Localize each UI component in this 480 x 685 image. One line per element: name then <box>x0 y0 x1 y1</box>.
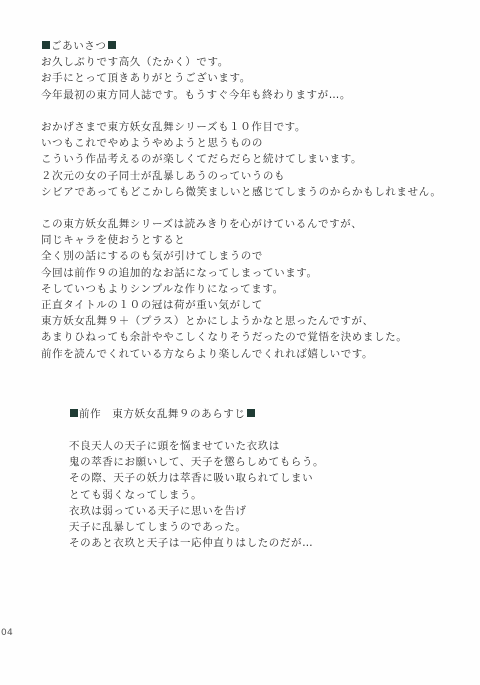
text-line: 衣玖は弱っている天子に思いを告げ <box>69 503 324 519</box>
text-line: 不良天人の天子に頭を悩ませていた衣玖は <box>69 438 324 454</box>
text-line: こういう作品考えるのが楽しくてだらだらと続けてしまいます。 <box>41 151 441 167</box>
square-bullet-icon <box>108 41 116 49</box>
summary-section: 不良天人の天子に頭を悩ませていた衣玖は 鬼の萃香にお願いして、天子を懲らしめても… <box>69 438 324 551</box>
text-line: この東方妖女乱舞シリーズは読みきりを心がけているんですが、 <box>41 216 441 232</box>
text-line: シビアであってもどこかしら微笑ましいと感じてしまうのからかもしれません。 <box>41 184 441 200</box>
summary-heading-text: 前作 東方妖女乱舞９のあらすじ <box>79 408 246 420</box>
summary-heading-row: 前作 東方妖女乱舞９のあらすじ <box>69 406 256 422</box>
text-line: 鬼の萃香にお願いして、天子を懲らしめてもらう。 <box>69 454 324 470</box>
document-page: ごあいさつ お久しぶりです高久（たかく）です。 お手にとって頂きありがとうござい… <box>0 0 480 685</box>
square-bullet-icon <box>42 41 50 49</box>
square-bullet-icon <box>70 409 78 417</box>
square-bullet-icon <box>247 409 255 417</box>
text-line: ２次元の女の子同士が乱暴しあうのっていうのも <box>41 168 441 184</box>
greeting-heading: ごあいさつ <box>41 38 441 54</box>
text-line: 全く別の話にするのも気が引けてしまうので <box>41 248 441 264</box>
text-line: 今回は前作９の追加的なお話になってしまっています。 <box>41 265 441 281</box>
text-line: 天子に乱暴してしまうのであった。 <box>69 519 324 535</box>
paragraph-gap <box>41 103 441 119</box>
page-number: 04 <box>1 628 13 638</box>
text-line: 同じキャラを使おうとすると <box>41 232 441 248</box>
text-line: お手にとって頂きありがとうございます。 <box>41 70 441 86</box>
text-line: そのあと衣玖と天子は一応仲直りはしたのだが… <box>69 535 324 551</box>
paragraph-gap <box>41 200 441 216</box>
summary-heading: 前作 東方妖女乱舞９のあらすじ <box>69 406 256 422</box>
text-line: おかげさまで東方妖女乱舞シリーズも１０作目です。 <box>41 119 441 135</box>
text-line: あまりひねっても余計ややこしくなりそうだったので覚悟を決めました。 <box>41 329 441 345</box>
text-line: とても弱くなってしまう。 <box>69 487 324 503</box>
greeting-section: ごあいさつ お久しぶりです高久（たかく）です。 お手にとって頂きありがとうござい… <box>41 38 441 362</box>
text-line: いつもこれでやめようやめようと思うものの <box>41 135 441 151</box>
text-line: お久しぶりです高久（たかく）です。 <box>41 54 441 70</box>
text-line: そしていつもよりシンプルな作りになってます。 <box>41 281 441 297</box>
greeting-paragraph-2: おかげさまで東方妖女乱舞シリーズも１０作目です。 いつもこれでやめようやめようと… <box>41 119 441 200</box>
greeting-paragraph-1: お久しぶりです高久（たかく）です。 お手にとって頂きありがとうございます。 今年… <box>41 54 441 103</box>
greeting-heading-text: ごあいさつ <box>51 40 107 52</box>
text-line: その際、天子の妖力は萃香に吸い取られてしまい <box>69 470 324 486</box>
greeting-paragraph-3: この東方妖女乱舞シリーズは読みきりを心がけているんですが、 同じキャラを使おうと… <box>41 216 441 362</box>
text-line: 前作を読んでくれている方ならより楽しんでくれれば嬉しいです。 <box>41 346 441 362</box>
text-line: 今年最初の東方同人誌です。もうすぐ今年も終わりますが…。 <box>41 87 441 103</box>
text-line: 東方妖女乱舞９＋（プラス）とかにしようかなと思ったんですが、 <box>41 313 441 329</box>
text-line: 正直タイトルの１０の冠は荷が重い気がして <box>41 297 441 313</box>
